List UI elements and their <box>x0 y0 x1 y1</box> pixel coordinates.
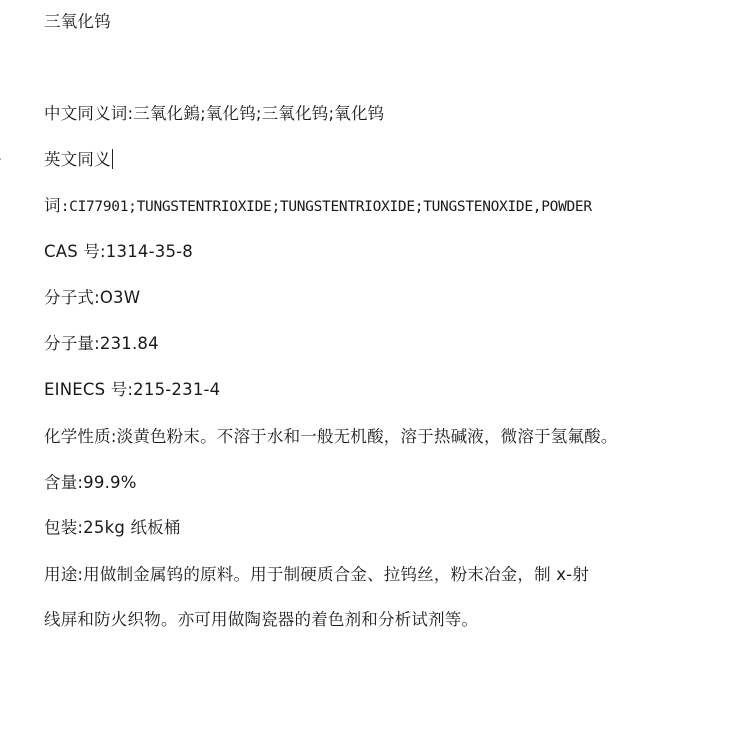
field-english-synonyms-label[interactable]: 英文同义 <box>44 149 113 171</box>
field-uses-continued: 线屏和防火织物。亦可用做陶瓷器的着色剂和分析试剂等。 <box>44 609 478 631</box>
field-value: 99.9% <box>83 473 136 492</box>
field-label: 中文同义词 <box>44 104 128 123</box>
field-value: CI77901;TUNGSTENTRIOXIDE;TUNGSTENTRIOXID… <box>69 199 592 215</box>
field-value: 线屏和防火织物。亦可用做陶瓷器的着色剂和分析试剂等。 <box>44 610 478 629</box>
field-separator: : <box>61 199 69 215</box>
document-title: 三氧化钨 <box>44 11 111 33</box>
field-chemical-properties: 化学性质:淡黄色粉末。不溶于水和一般无机酸，溶于热碱液，微溶于氢氟酸。 <box>44 426 618 448</box>
field-value: 淡黄色粉末。不溶于水和一般无机酸，溶于热碱液，微溶于氢氟酸。 <box>117 427 618 446</box>
field-value: 231.84 <box>100 334 159 353</box>
field-value: 215-231-4 <box>133 380 220 399</box>
field-label: 用途 <box>44 565 77 584</box>
field-label: 词 <box>44 196 61 215</box>
field-chinese-synonyms: 中文同义词:三氧化鎢;氧化钨;三氧化钨;氧化钨 <box>44 103 384 125</box>
field-molecular-weight: 分子量:231.84 <box>44 333 159 355</box>
field-uses: 用途:用做制金属钨的原料。用于制硬质合金、拉钨丝，粉末冶金，制 x-射 <box>44 564 589 586</box>
field-value: 用做制金属钨的原料。用于制硬质合金、拉钨丝，粉末冶金，制 x-射 <box>83 565 589 584</box>
field-label: 分子量 <box>44 334 94 353</box>
field-label: 化学性质 <box>44 427 111 446</box>
field-value: 1314-35-8 <box>106 242 193 261</box>
field-english-synonyms: 词:CI77901;TUNGSTENTRIOXIDE;TUNGSTENTRIOX… <box>44 195 592 217</box>
field-value: 三氧化鎢;氧化钨;三氧化钨;氧化钨 <box>133 104 384 123</box>
field-value: O3W <box>100 288 140 307</box>
field-label: 英文同义 <box>44 150 111 169</box>
field-content: 含量:99.9% <box>44 472 137 494</box>
field-value: 25kg 纸板桶 <box>83 518 180 537</box>
text-cursor <box>112 149 114 169</box>
page-edge-mark <box>0 158 1 160</box>
field-label: 含量 <box>44 473 77 492</box>
field-label: 包装 <box>44 518 77 537</box>
field-packaging: 包装:25kg 纸板桶 <box>44 517 181 539</box>
field-cas-number: CAS 号:1314-35-8 <box>44 241 193 263</box>
field-label: CAS 号 <box>44 242 100 261</box>
field-label: EINECS 号 <box>44 380 127 399</box>
field-einecs-number: EINECS 号:215-231-4 <box>44 379 220 401</box>
field-label: 分子式 <box>44 288 94 307</box>
field-molecular-formula: 分子式:O3W <box>44 287 140 309</box>
